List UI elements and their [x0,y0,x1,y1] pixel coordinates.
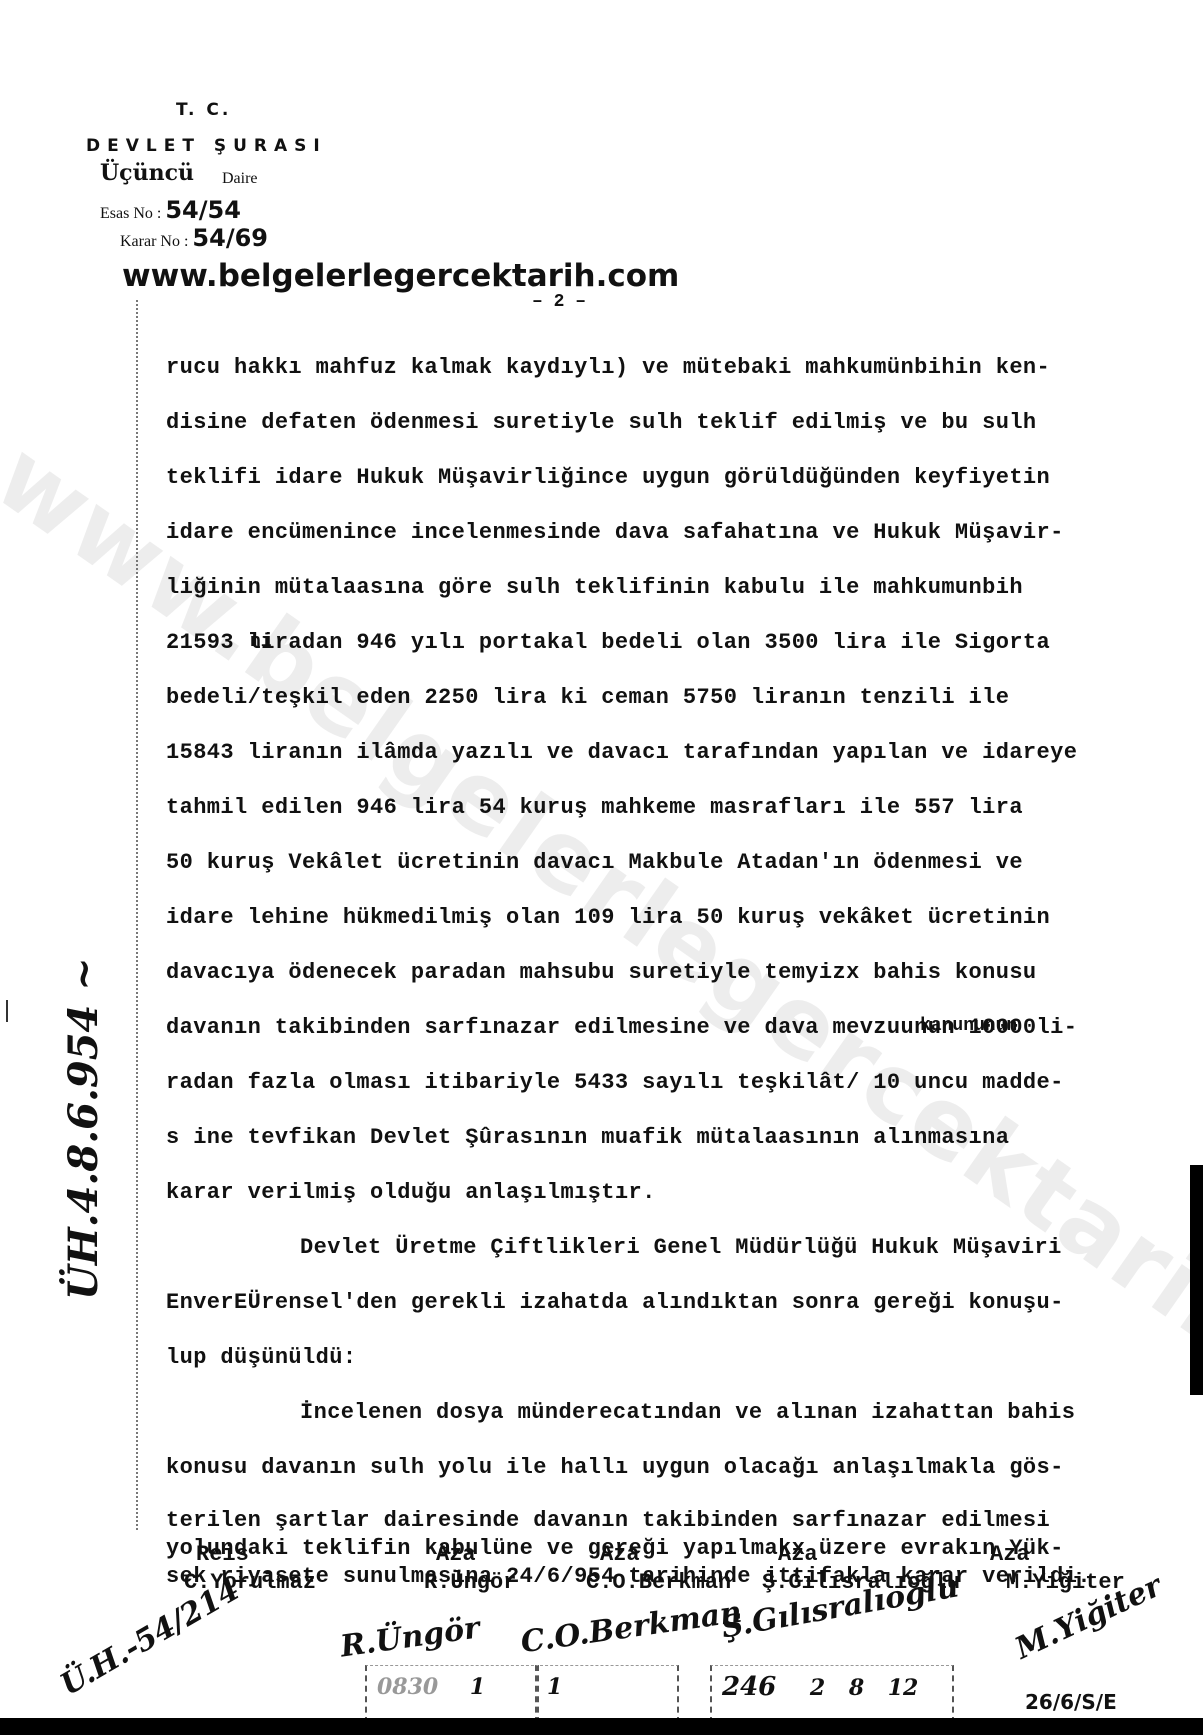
body-line: idare lehine hükmedilmiş olan 109 lira 5… [166,890,1186,945]
chamber-name: Üçüncü [100,160,194,186]
body-line: karar verilmiş olduğu anlaşılmıştır. [166,1165,1186,1220]
interlinear-insert-kanununun: kanununun [920,1016,1017,1036]
chamber-suffix: Daire [222,170,258,188]
margin-dotted-line [136,300,138,1530]
body-line: tahmil edilen 946 lira 54 kuruş mahkeme … [166,780,1186,835]
body-line: davacıya ödenecek paradan mahsubu sureti… [166,945,1186,1000]
body-line: terilen şartlar dairesinde davanın takib… [166,1507,1186,1535]
body-line: rucu hakkı mahfuz kalmak kaydıylı) ve mü… [166,340,1186,395]
signatory-title: Aza [990,1542,1030,1567]
interlinear-insert-ni: ni [250,632,272,652]
body-line: 15843 liranın ilâmda yazılı ve davacı ta… [166,725,1186,780]
esas-no-field: Esas No : 54/54 [100,196,241,224]
signatory-title: Reis [196,1542,249,1567]
body-line: liğinin mütalaasına göre sulh teklifinin… [166,560,1186,615]
signature: R.Üngör [338,1610,482,1664]
body-line: bedeli/teşkil eden 2250 lira ki ceman 57… [166,670,1186,725]
body-line: 50 kuruş Vekâlet ücretinin davacı Makbul… [166,835,1186,890]
body-line: idare encümenince incelenmesinde dava sa… [166,505,1186,560]
stamp-box: 246 2 8 12 [710,1665,954,1723]
signature: C.O.Berkman [519,1595,744,1661]
scan-edge-bottom [0,1718,1203,1735]
body-line: yolundaki teklifin kabulüne ve gereği ya… [166,1535,1186,1563]
signatory-title: Aza [436,1542,476,1567]
body-line: EnverEÜrensel'den gerekli izahatda alınd… [166,1275,1186,1330]
stamp-number: 246 [722,1672,776,1702]
site-banner: www.belgelerlegercektarih.com [122,258,679,294]
stamp-box: 1 [535,1665,679,1723]
karar-no-value: 54/69 [192,224,268,252]
organization-name: DEVLET ŞURASI [86,136,327,156]
esas-no-value: 54/54 [165,196,241,224]
page-number: – 2 – [532,292,586,312]
body-line: 21593 liradan 946 yılı portakal bedeli o… [166,615,1186,670]
karar-no-field: Karar No : 54/69 [120,224,268,252]
body-line: teklifi idare Hukuk Müşavirliğince uygun… [166,450,1186,505]
stamp-number: 1 [547,1674,562,1700]
reference-code: 26/6/S/E [1025,1690,1117,1714]
document-body: rucu hakkı mahfuz kalmak kaydıylı) ve mü… [166,340,1186,1591]
scan-edge-right [1190,1165,1203,1395]
signatory-name: C.O.Berkman [586,1570,731,1595]
state-label: T. C. [176,100,231,120]
signatory-name: R.Üngör [424,1570,516,1595]
signatory-title: Aza [600,1542,640,1567]
stamp-number: 2 [810,1675,825,1701]
stamp-number: 1 [470,1674,485,1700]
body-line: İncelenen dosya münderecatından ve alına… [166,1385,1186,1440]
body-line: Devlet Üretme Çiftlikleri Genel Müdürlüğ… [166,1220,1186,1275]
karar-no-label: Karar No [120,233,180,250]
stamp-number: 12 [888,1675,919,1701]
margin-mark [6,1000,8,1022]
stamp-number: 0830 [377,1674,438,1700]
signatory-title: Aza [778,1542,818,1567]
body-line: disine defaten ödenmesi suretiyle sulh t… [166,395,1186,450]
esas-no-label: Esas No [100,205,153,222]
handwritten-margin-note: ÜH.4.8.6.954 ~ [60,957,107,1300]
body-line: lup düşünüldü: [166,1330,1186,1385]
body-line: radan fazla olması itibariyle 5433 sayıl… [166,1055,1186,1110]
body-line: s ine tevfikan Devlet Şûrasının muafik m… [166,1110,1186,1165]
body-line: konusu davanın sulh yolu ile hallı uygun… [166,1440,1186,1495]
stamp-number: 8 [849,1675,864,1701]
stamp-box: 0830 1 [365,1665,539,1723]
handwritten-margin-ref: Ü.H.-54/214 [55,1572,246,1703]
body-line: davanın takibinden sarfınazar edilmesine… [166,1000,1186,1055]
